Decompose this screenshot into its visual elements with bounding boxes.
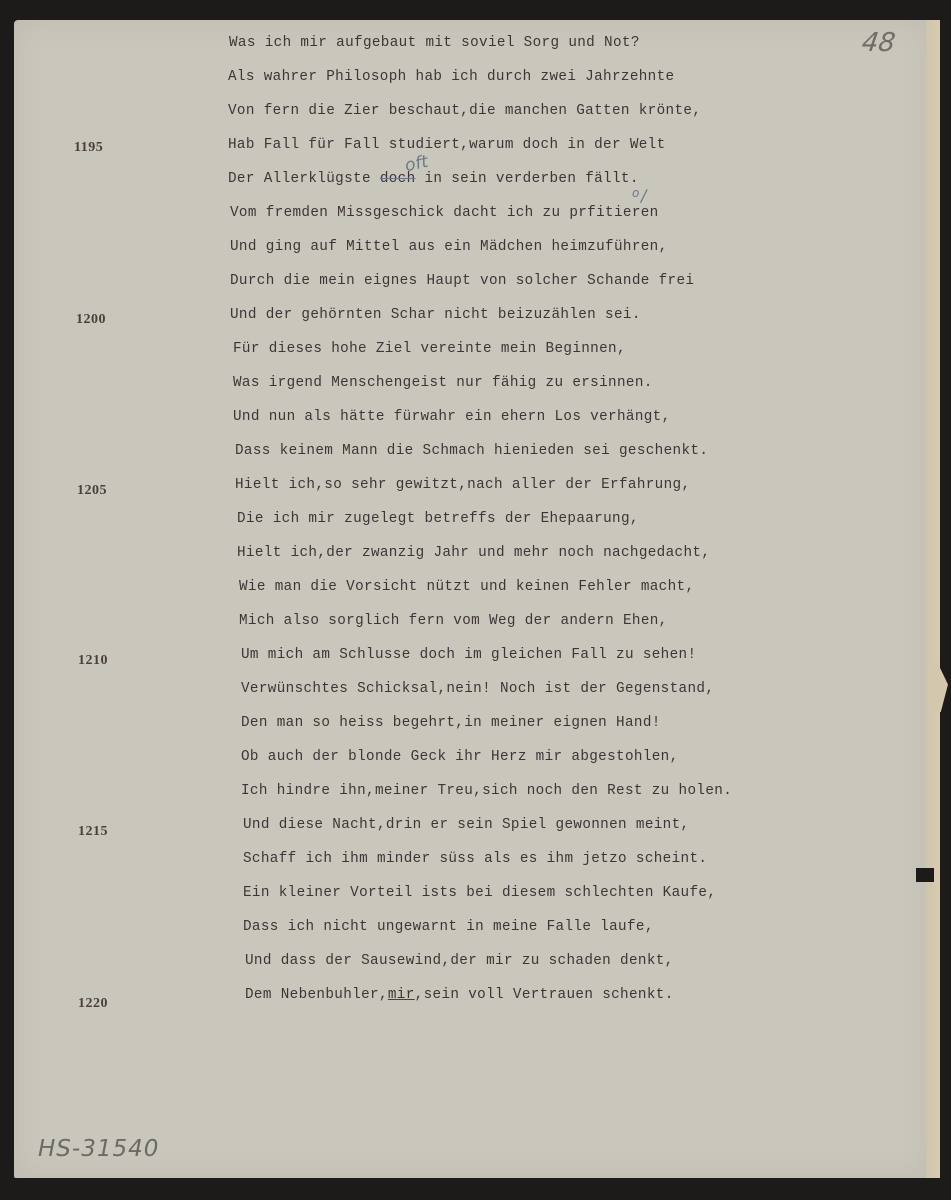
verse-line: Was ich mir aufgebaut mit soviel Sorg un…: [229, 35, 640, 51]
verse-line: Von fern die Zier beschaut,die manchen G…: [228, 103, 701, 119]
verse-line: Was irgend Menschengeist nur fähig zu er…: [233, 375, 653, 391]
verse-line: Als wahrer Philosoph hab ich durch zwei …: [228, 69, 674, 85]
line-number: 1195: [74, 140, 103, 156]
paper-tear: [916, 868, 934, 882]
line-number: 1215: [78, 824, 108, 840]
verse-line: Und ging auf Mittel aus ein Mädchen heim…: [230, 239, 668, 255]
verse-line: Ob auch der blonde Geck ihr Herz mir abg…: [241, 749, 679, 765]
verse-line: Schaff ich ihm minder süss als es ihm je…: [243, 851, 707, 867]
verse-line: Die ich mir zugelegt betreffs der Ehepaa…: [237, 511, 639, 527]
verse-line: Mich also sorglich fern vom Weg der ande…: [239, 613, 668, 629]
paper-edge: [926, 20, 940, 1178]
handwritten-correction: o: [632, 186, 639, 200]
verse-line: Ein kleiner Vorteil ists bei diesem schl…: [243, 885, 716, 901]
line-number: 1210: [78, 653, 108, 669]
verse-line: Für dieses hohe Ziel vereinte mein Begin…: [233, 341, 626, 357]
verse-line: Hielt ich,der zwanzig Jahr und mehr noch…: [237, 545, 710, 561]
verse-line: Ich hindre ihn,meiner Treu,sich noch den…: [241, 783, 732, 799]
verse-line: Und nun als hätte fürwahr ein ehern Los …: [233, 409, 671, 425]
verse-line: Und dass der Sausewind,der mir zu schade…: [245, 953, 674, 969]
verse-line: Hielt ich,so sehr gewitzt,nach aller der…: [235, 477, 690, 493]
verse-line: Wie man die Vorsicht nützt und keinen Fe…: [239, 579, 694, 595]
verse-line: Vom fremden Missgeschick dacht ich zu pr…: [230, 205, 659, 221]
verse-line: Dass keinem Mann die Schmach hienieden s…: [235, 443, 708, 459]
page-number: 48: [860, 28, 897, 58]
verse-line: Der Allerklügste doch in sein verderben …: [228, 171, 639, 187]
line-number: 1220: [78, 996, 108, 1012]
verse-line: Um mich am Schlusse doch im gleichen Fal…: [241, 647, 696, 663]
verse-line: Dem Nebenbuhler,mir,sein voll Vertrauen …: [245, 987, 674, 1003]
line-number: 1200: [76, 312, 106, 328]
document-page: [14, 20, 930, 1178]
verse-line: Verwünschtes Schicksal,nein! Noch ist de…: [241, 681, 714, 697]
verse-line: Durch die mein eignes Haupt von solcher …: [230, 273, 694, 289]
line-number: 1205: [77, 483, 107, 499]
handwritten-correction: /: [641, 186, 646, 205]
underlined-word: mir: [388, 987, 415, 1003]
verse-line: Hab Fall für Fall studiert,warum doch in…: [228, 137, 666, 153]
verse-line: Und diese Nacht,drin er sein Spiel gewon…: [243, 817, 689, 833]
verse-line: Dass ich nicht ungewarnt in meine Falle …: [243, 919, 654, 935]
verse-line: Den man so heiss begehrt,in meiner eigne…: [241, 715, 661, 731]
paper-notch: [930, 662, 948, 712]
verse-line: Und der gehörnten Schar nicht beizuzähle…: [230, 307, 641, 323]
archive-id: HS-31540: [38, 1136, 159, 1162]
